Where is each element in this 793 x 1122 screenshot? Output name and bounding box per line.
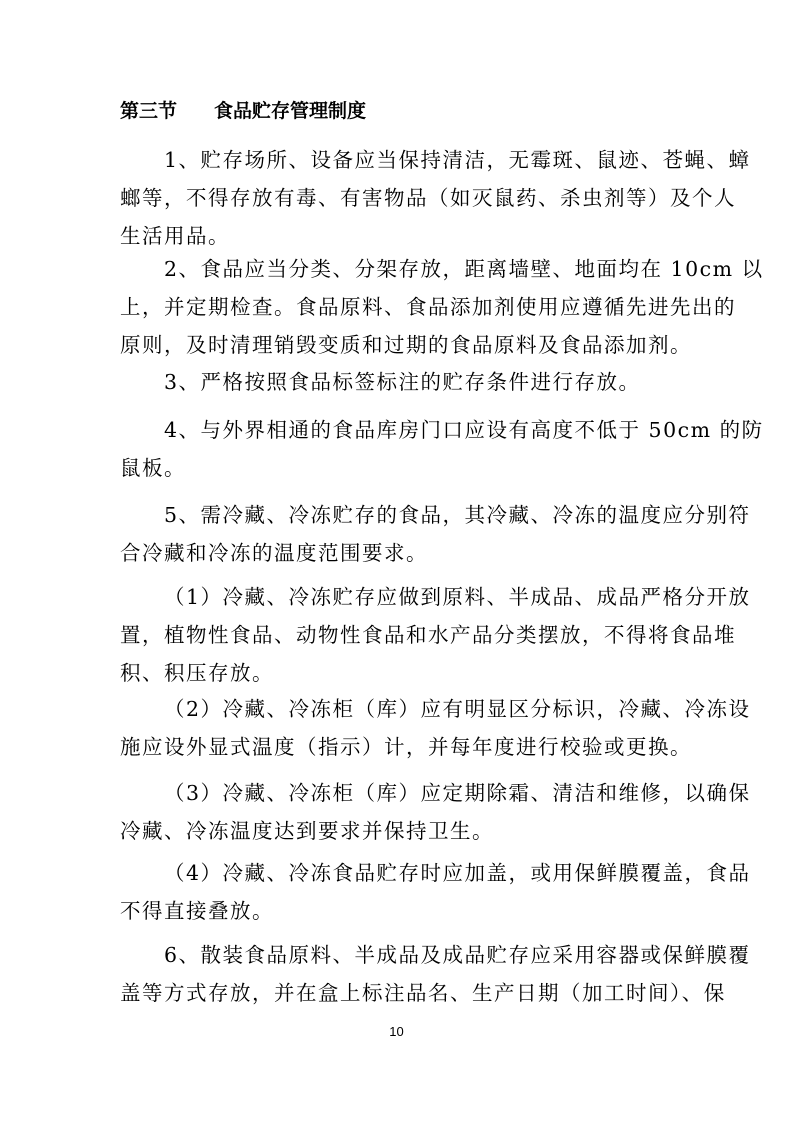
section-heading: 第三节食品贮存管理制度	[120, 96, 366, 123]
text-line: 1、贮存场所、设备应当保持清洁，无霉斑、鼠迹、苍蝇、蟑	[120, 141, 673, 179]
text-line: 3、严格按照食品标签标注的贮存条件进行存放。	[120, 363, 673, 401]
text-line: （1）冷藏、冷冻贮存应做到原料、半成品、成品严格分开放	[120, 578, 673, 616]
paragraph-5-4: （4）冷藏、冷冻食品贮存时应加盖，或用保鲜膜覆盖，食品 不得直接叠放。	[120, 854, 673, 930]
text-line: 上，并定期检查。食品原料、食品添加剂使用应遵循先进先出的	[120, 288, 673, 326]
text-line: 螂等，不得存放有毒、有害物品（如灭鼠药、杀虫剂等）及个人	[120, 179, 673, 217]
text-line: 合冷藏和冷冻的温度范围要求。	[120, 534, 673, 572]
text-line: 积、积压存放。	[120, 654, 673, 692]
paragraph-5: 5、需冷藏、冷冻贮存的食品，其冷藏、冷冻的温度应分别符 合冷藏和冷冻的温度范围要…	[120, 496, 673, 572]
paragraph-1: 1、贮存场所、设备应当保持清洁，无霉斑、鼠迹、苍蝇、蟑 螂等，不得存放有毒、有害…	[120, 141, 673, 255]
document-page: 第三节食品贮存管理制度 1、贮存场所、设备应当保持清洁，无霉斑、鼠迹、苍蝇、蟑 …	[0, 0, 793, 1122]
paragraph-5-1: （1）冷藏、冷冻贮存应做到原料、半成品、成品严格分开放 置，植物性食品、动物性食…	[120, 578, 673, 692]
text-line: 置，植物性食品、动物性食品和水产品分类摆放，不得将食品堆	[120, 616, 673, 654]
text-line: 盖等方式存放，并在盒上标注品名、生产日期（加工时间）、保	[120, 974, 673, 1012]
text-line: 鼠板。	[120, 449, 673, 487]
text-line: 不得直接叠放。	[120, 892, 673, 930]
text-line: 2、食品应当分类、分架存放，距离墙壁、地面均在 10cm 以	[120, 250, 673, 288]
section-number: 第三节	[120, 96, 214, 123]
paragraph-6: 6、散装食品原料、半成品及成品贮存应采用容器或保鲜膜覆 盖等方式存放，并在盒上标…	[120, 936, 673, 1012]
section-title: 食品贮存管理制度	[214, 100, 366, 122]
paragraph-5-2: （2）冷藏、冷冻柜（库）应有明显区分标识，冷藏、冷冻设 施应设外显式温度（指示）…	[120, 690, 673, 766]
text-line: 4、与外界相通的食品库房门口应设有高度不低于 50cm 的防	[120, 411, 673, 449]
text-line: 5、需冷藏、冷冻贮存的食品，其冷藏、冷冻的温度应分别符	[120, 496, 673, 534]
paragraph-2: 2、食品应当分类、分架存放，距离墙壁、地面均在 10cm 以 上，并定期检查。食…	[120, 250, 673, 364]
text-line: 冷藏、冷冻温度达到要求并保持卫生。	[120, 812, 673, 850]
text-line: 施应设外显式温度（指示）计，并每年度进行校验或更换。	[120, 728, 673, 766]
text-line: （4）冷藏、冷冻食品贮存时应加盖，或用保鲜膜覆盖，食品	[120, 854, 673, 892]
text-line: 原则，及时清理销毁变质和过期的食品原料及食品添加剂。	[120, 326, 673, 364]
text-line: 6、散装食品原料、半成品及成品贮存应采用容器或保鲜膜覆	[120, 936, 673, 974]
paragraph-4: 4、与外界相通的食品库房门口应设有高度不低于 50cm 的防 鼠板。	[120, 411, 673, 487]
paragraph-5-3: （3）冷藏、冷冻柜（库）应定期除霜、清洁和维修，以确保 冷藏、冷冻温度达到要求并…	[120, 774, 673, 850]
text-line: （2）冷藏、冷冻柜（库）应有明显区分标识，冷藏、冷冻设	[120, 690, 673, 728]
text-line: （3）冷藏、冷冻柜（库）应定期除霜、清洁和维修，以确保	[120, 774, 673, 812]
paragraph-3: 3、严格按照食品标签标注的贮存条件进行存放。	[120, 363, 673, 401]
page-number: 10	[0, 1024, 793, 1039]
